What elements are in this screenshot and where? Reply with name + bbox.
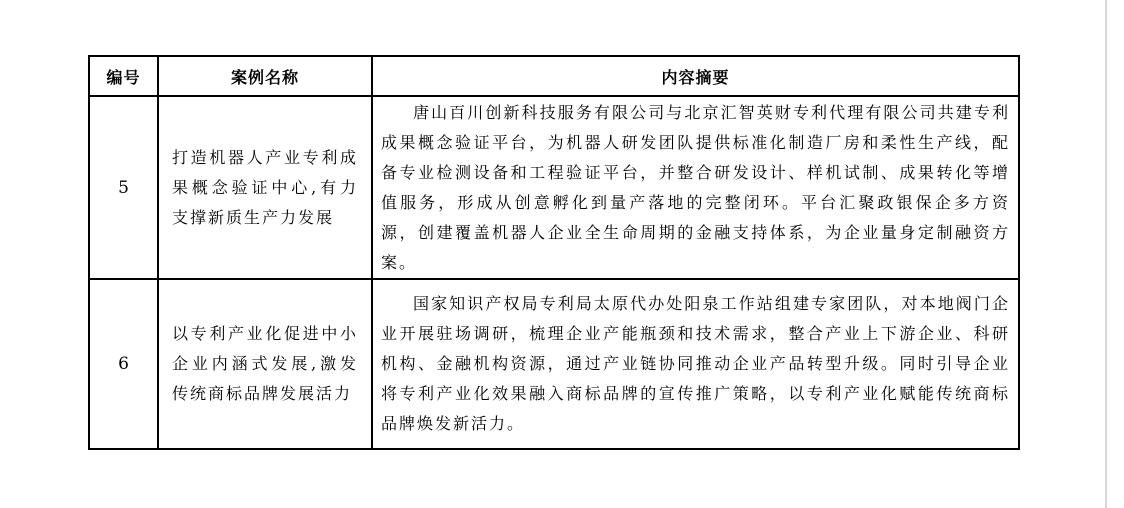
case-number-cell: 5 <box>90 97 159 280</box>
case-summary-text: 唐山百川创新科技服务有限公司与北京汇智英财专利代理有限公司共建专利成果概念验证平… <box>381 98 1010 278</box>
page-edge-line <box>1105 0 1107 508</box>
cases-table: 编号 案例名称 内容摘要 5 打造机器人产业专利成果概念验证中心,有力支撑新质生… <box>88 55 1020 450</box>
column-header-summary: 内容摘要 <box>373 57 1018 97</box>
case-name-text: 以专利产业化促进中小企业内涵式发展,激发传统商标品牌发展活力 <box>172 319 358 409</box>
case-name-cell: 以专利产业化促进中小企业内涵式发展,激发传统商标品牌发展活力 <box>159 280 373 448</box>
case-name-cell: 打造机器人产业专利成果概念验证中心,有力支撑新质生产力发展 <box>159 97 373 280</box>
case-summary-cell: 唐山百川创新科技服务有限公司与北京汇智英财专利代理有限公司共建专利成果概念验证平… <box>373 97 1018 280</box>
case-summary-cell: 国家知识产权局专利局太原代办处阳泉工作站组建专家团队，对本地阀门企业开展驻场调研… <box>373 280 1018 448</box>
case-name-text: 打造机器人产业专利成果概念验证中心,有力支撑新质生产力发展 <box>172 143 358 233</box>
case-summary-text: 国家知识产权局专利局太原代办处阳泉工作站组建专家团队，对本地阀门企业开展驻场调研… <box>381 289 1010 439</box>
case-number-cell: 6 <box>90 280 159 448</box>
column-header-case-name: 案例名称 <box>159 57 373 97</box>
column-header-number: 编号 <box>90 57 159 97</box>
document-page: 编号 案例名称 内容摘要 5 打造机器人产业专利成果概念验证中心,有力支撑新质生… <box>0 0 1124 508</box>
